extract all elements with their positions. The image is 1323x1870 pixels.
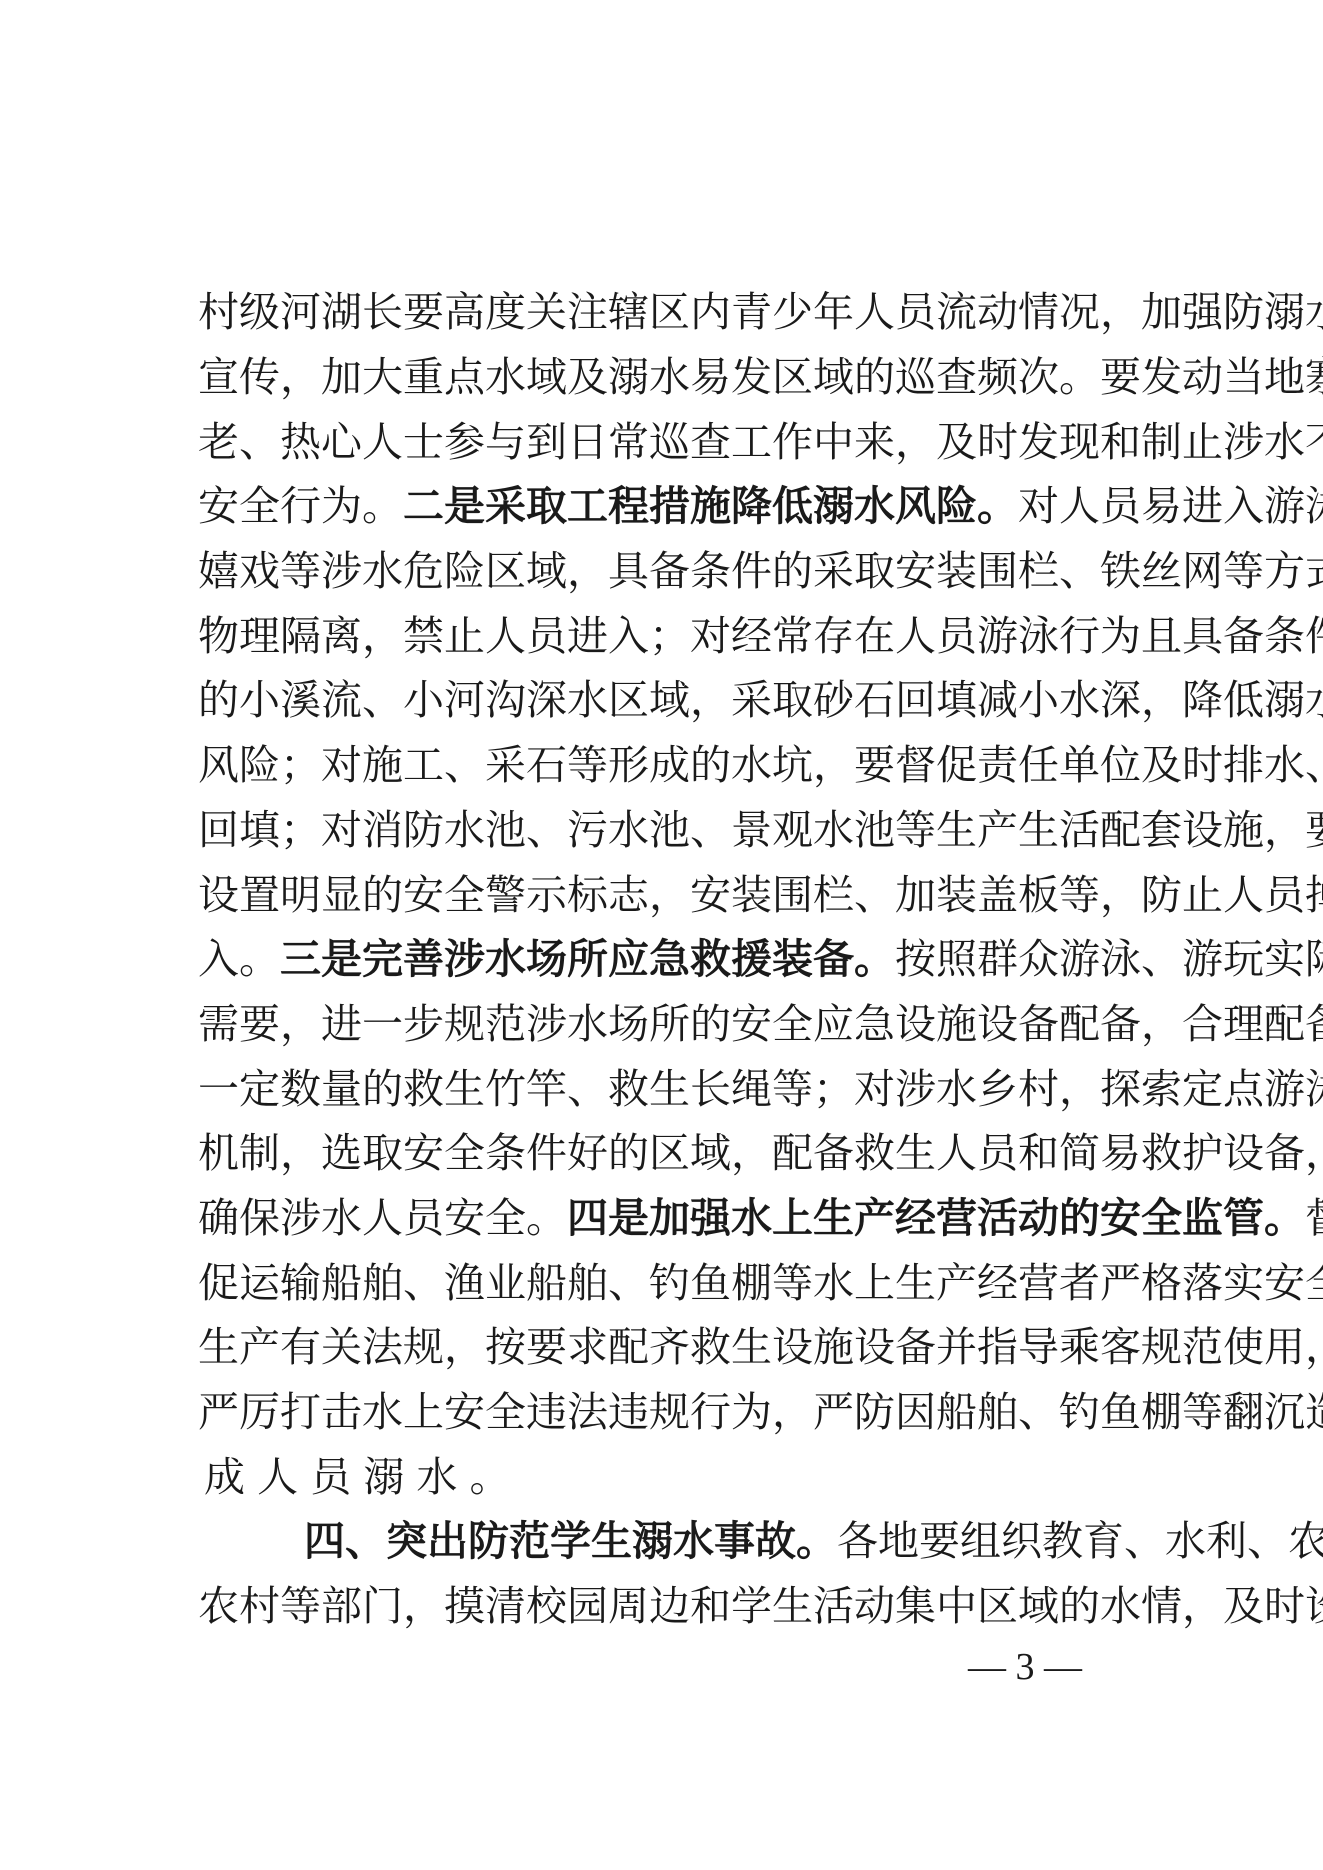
- text-line: 回填；对消防水池、污水池、景观水池等生产生活配套设施，要: [198, 798, 1154, 863]
- text-line: 安全行为。二是采取工程措施降低溺水风险。对人员易进入游泳、: [198, 474, 1154, 539]
- text-line: 嬉戏等涉水危险区域，具备条件的采取安装围栏、铁丝网等方式: [198, 539, 1154, 604]
- text-line: 宣传，加大重点水域及溺水易发区域的巡查频次。要发动当地寨: [198, 345, 1154, 410]
- document-page: 村级河湖长要高度关注辖区内青少年人员流动情况，加强防溺水宣传，加大重点水域及溺水…: [0, 0, 1323, 1870]
- text-line: 促运输船舶、渔业船舶、钓鱼棚等水上生产经营者严格落实安全: [198, 1250, 1154, 1315]
- text-line: 物理隔离，禁止人员进入；对经常存在人员游泳行为且具备条件: [198, 603, 1154, 668]
- text-line: 风险；对施工、采石等形成的水坑，要督促责任单位及时排水、: [198, 733, 1154, 798]
- text-line: 老、热心人士参与到日常巡查工作中来，及时发现和制止涉水不: [198, 409, 1154, 474]
- text-line: 严厉打击水上安全违法违规行为，严防因船舶、钓鱼棚等翻沉造: [198, 1380, 1154, 1445]
- page-number: — 3 —: [960, 1645, 1090, 1689]
- document-body: 村级河湖长要高度关注辖区内青少年人员流动情况，加强防溺水宣传，加大重点水域及溺水…: [198, 280, 1154, 1638]
- text-line: 成人员溺水。: [198, 1444, 1154, 1509]
- text-line: 需要，进一步规范涉水场所的安全应急设施设备配备，合理配备: [198, 992, 1154, 1057]
- text-line: 村级河湖长要高度关注辖区内青少年人员流动情况，加强防溺水: [198, 280, 1154, 345]
- text-line: 四、突出防范学生溺水事故。各地要组织教育、水利、农业: [198, 1509, 1154, 1574]
- text-line: 设置明显的安全警示标志，安装围栏、加装盖板等，防止人员掉: [198, 862, 1154, 927]
- text-line: 生产有关法规，按要求配齐救生设施设备并指导乘客规范使用，: [198, 1315, 1154, 1380]
- text-line: 确保涉水人员安全。四是加强水上生产经营活动的安全监管。督: [198, 1186, 1154, 1251]
- text-line: 入。三是完善涉水场所应急救援装备。按照群众游泳、游玩实际: [198, 927, 1154, 992]
- text-line: 农村等部门，摸清校园周边和学生活动集中区域的水情，及时设: [198, 1574, 1154, 1639]
- text-line: 机制，选取安全条件好的区域，配备救生人员和简易救护设备，: [198, 1121, 1154, 1186]
- text-line: 的小溪流、小河沟深水区域，采取砂石回填减小水深，降低溺水: [198, 668, 1154, 733]
- text-line: 一定数量的救生竹竿、救生长绳等；对涉水乡村，探索定点游泳: [198, 1056, 1154, 1121]
